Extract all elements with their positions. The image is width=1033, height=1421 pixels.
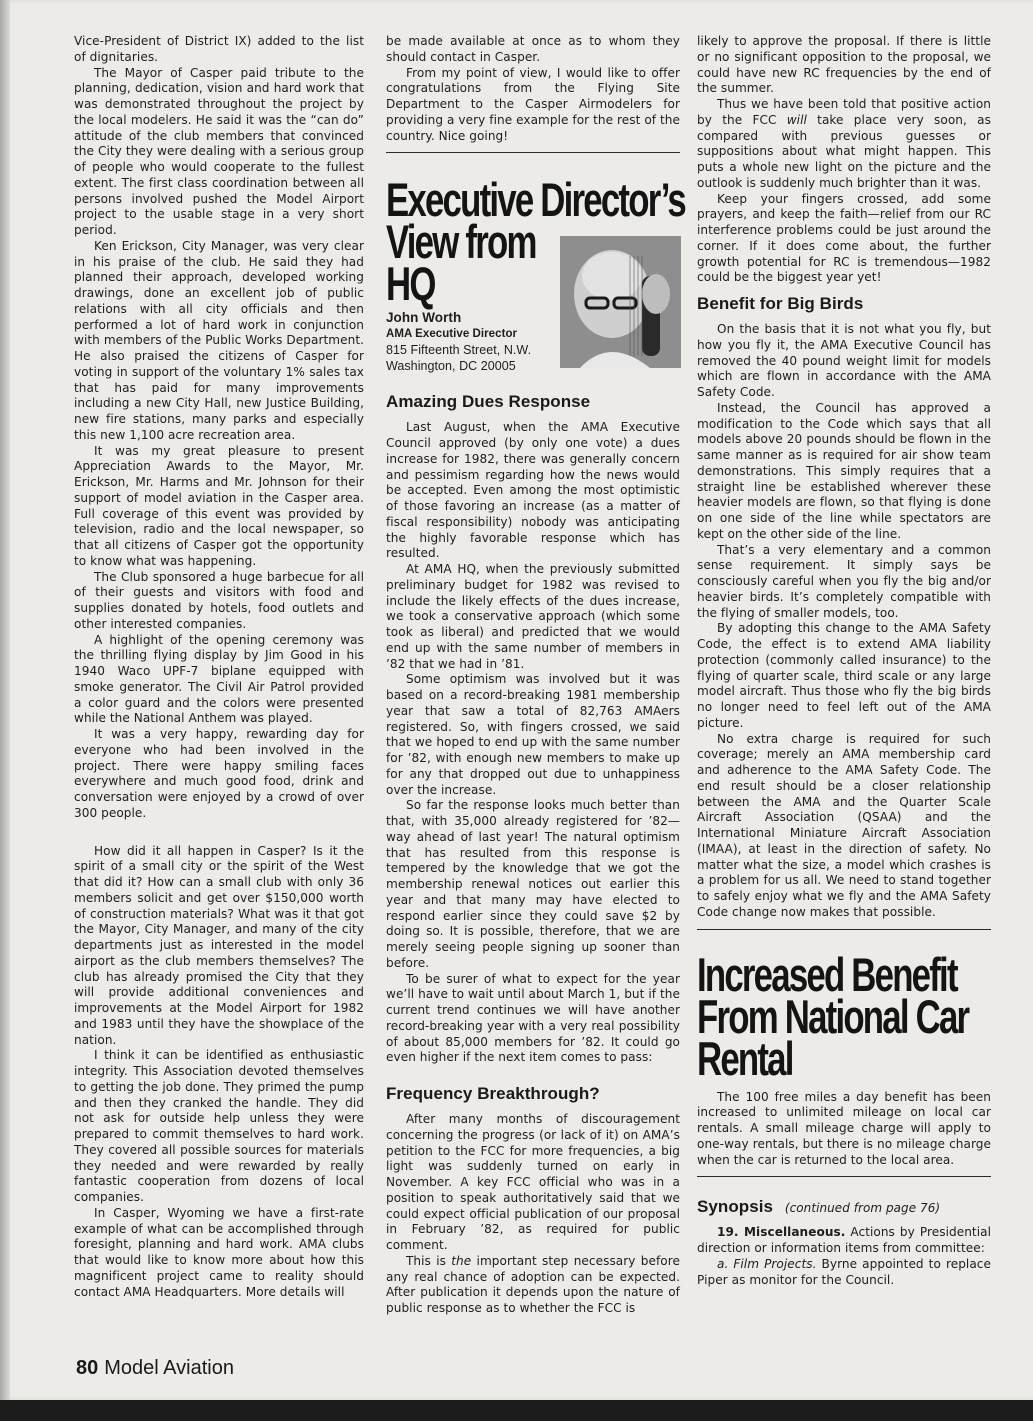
paragraph: The Mayor of Casper paid tribute to the … bbox=[74, 66, 364, 239]
portrait-illustration bbox=[560, 236, 681, 368]
paragraph: It was a very happy, rewarding day for e… bbox=[74, 727, 364, 822]
continued-note: (continued from page 76) bbox=[785, 1201, 940, 1215]
paragraph: How did it all happen in Casper? Is it t… bbox=[74, 844, 364, 1049]
column-2: be made available at once as to whom the… bbox=[386, 34, 680, 1317]
paragraph: Keep your fingers crossed, add some pray… bbox=[697, 192, 991, 287]
paragraph: Ken Erickson, City Manager, was very cle… bbox=[74, 239, 364, 444]
paragraph: likely to approve the proposal. If there… bbox=[697, 34, 991, 97]
section-heading: Frequency Breakthrough? bbox=[386, 1084, 680, 1104]
paragraph: be made available at once as to whom the… bbox=[386, 34, 680, 66]
paragraph: The 100 free miles a day benefit has bee… bbox=[697, 1090, 991, 1169]
paragraph: This is the important step necessary bef… bbox=[386, 1254, 680, 1317]
section-divider bbox=[386, 152, 680, 153]
paragraph: Last August, when the AMA Executive Coun… bbox=[386, 420, 680, 562]
paragraph: At AMA HQ, when the previously submitted… bbox=[386, 562, 680, 672]
paragraph: 19. Miscellaneous. Actions by Presidenti… bbox=[697, 1225, 991, 1257]
paragraph: It was my great pleasure to present Appr… bbox=[74, 444, 364, 570]
paragraph: No extra charge is required for such cov… bbox=[697, 732, 991, 921]
section-heading: Synopsis bbox=[697, 1197, 773, 1216]
emphasis: the bbox=[451, 1254, 471, 1268]
paragraph: a. Film Projects. Byrne appointed to rep… bbox=[697, 1257, 991, 1289]
magazine-page: Vice-President of District IX) added to … bbox=[0, 0, 1033, 1400]
paragraph: That’s a very elementary and a common se… bbox=[697, 543, 991, 622]
paragraph: The Club sponsored a huge barbecue for a… bbox=[74, 570, 364, 633]
paragraph: To be surer of what to expect for the ye… bbox=[386, 972, 680, 1067]
section-heading: Benefit for Big Birds bbox=[697, 294, 991, 314]
article-title-line: Rental bbox=[697, 1038, 915, 1080]
paragraph: I think it can be identified as enthusia… bbox=[74, 1048, 364, 1206]
page-number: 80 bbox=[76, 1357, 98, 1379]
spacer bbox=[74, 822, 364, 844]
paragraph: Vice-President of District IX) added to … bbox=[74, 34, 364, 66]
paragraph: Thus we have been told that positive act… bbox=[697, 97, 991, 192]
author-photo bbox=[560, 236, 681, 368]
text: This is bbox=[406, 1254, 451, 1268]
item-label: 19. Miscellaneous. bbox=[717, 1225, 845, 1239]
paragraph: Instead, the Council has approved a modi… bbox=[697, 401, 991, 543]
paragraph: By adopting this change to the AMA Safet… bbox=[697, 621, 991, 731]
emphasis: will bbox=[787, 113, 807, 127]
synopsis-heading: Synopsis (continued from page 76) bbox=[697, 1197, 991, 1217]
paragraph: So far the response looks much better th… bbox=[386, 798, 680, 971]
paragraph: Some optimism was involved but it was ba… bbox=[386, 672, 680, 798]
publication-name: Model Aviation bbox=[104, 1357, 234, 1379]
paragraph: On the basis that it is not what you fly… bbox=[697, 322, 991, 401]
section-divider bbox=[697, 1176, 991, 1177]
paragraph: In Casper, Wyoming we have a first-rate … bbox=[74, 1206, 364, 1301]
paragraph: From my point of view, I would like to o… bbox=[386, 66, 680, 145]
section-heading: Amazing Dues Response bbox=[386, 392, 680, 412]
paragraph: After many months of discouragement conc… bbox=[386, 1112, 680, 1254]
column-1: Vice-President of District IX) added to … bbox=[74, 34, 364, 1300]
paragraph: A highlight of the opening ceremony was … bbox=[74, 633, 364, 728]
sub-item-label: a. Film Projects. bbox=[717, 1257, 817, 1271]
article-header: Increased Benefit From National Car Rent… bbox=[697, 954, 991, 1086]
section-divider bbox=[697, 929, 991, 930]
column-3: likely to approve the proposal. If there… bbox=[697, 34, 991, 1288]
page-footer: 80Model Aviation bbox=[76, 1357, 234, 1380]
